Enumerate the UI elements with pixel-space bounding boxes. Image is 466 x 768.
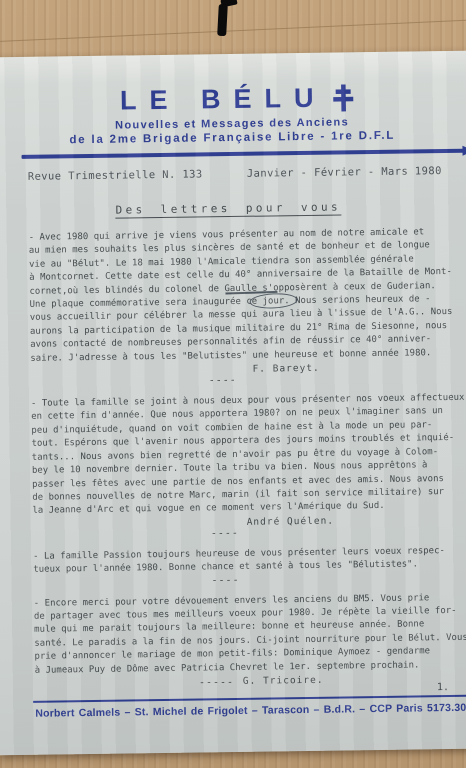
issue-period: Janvier - Février - Mars 1980	[247, 165, 442, 180]
issue-number: Revue Trimestrielle N. 133	[28, 168, 203, 182]
masthead-rule	[22, 149, 464, 159]
letter-paragraph-2: - Toute la famille se joint à nous deux …	[31, 392, 466, 519]
masthead: LE BÉLU Nouvelles et Messages des Ancien…	[27, 81, 466, 147]
letter-paragraph-1: - Avec 1980 qui arrive je viens vous pré…	[29, 226, 466, 366]
cross-of-lorraine-icon	[332, 84, 353, 112]
dark-object-stem	[217, 4, 228, 36]
issue-meta-row: Revue Trimestrielle N. 133 Janvier - Fév…	[28, 165, 466, 183]
letter-paragraph-4: - Encore merci pour votre dévouement env…	[34, 591, 466, 678]
footer-imprint: Norbert Calmels – St. Michel de Frigolet…	[35, 702, 466, 720]
dark-object	[215, 0, 241, 38]
rule-arrow-tip	[462, 146, 466, 156]
section-heading: Des lettres pour vous	[115, 200, 341, 218]
letter-separator-1: ----	[209, 372, 466, 388]
newsletter-page: LE BÉLU Nouvelles et Messages des Ancien…	[0, 51, 466, 756]
newsletter-title: LE BÉLU	[110, 83, 327, 116]
